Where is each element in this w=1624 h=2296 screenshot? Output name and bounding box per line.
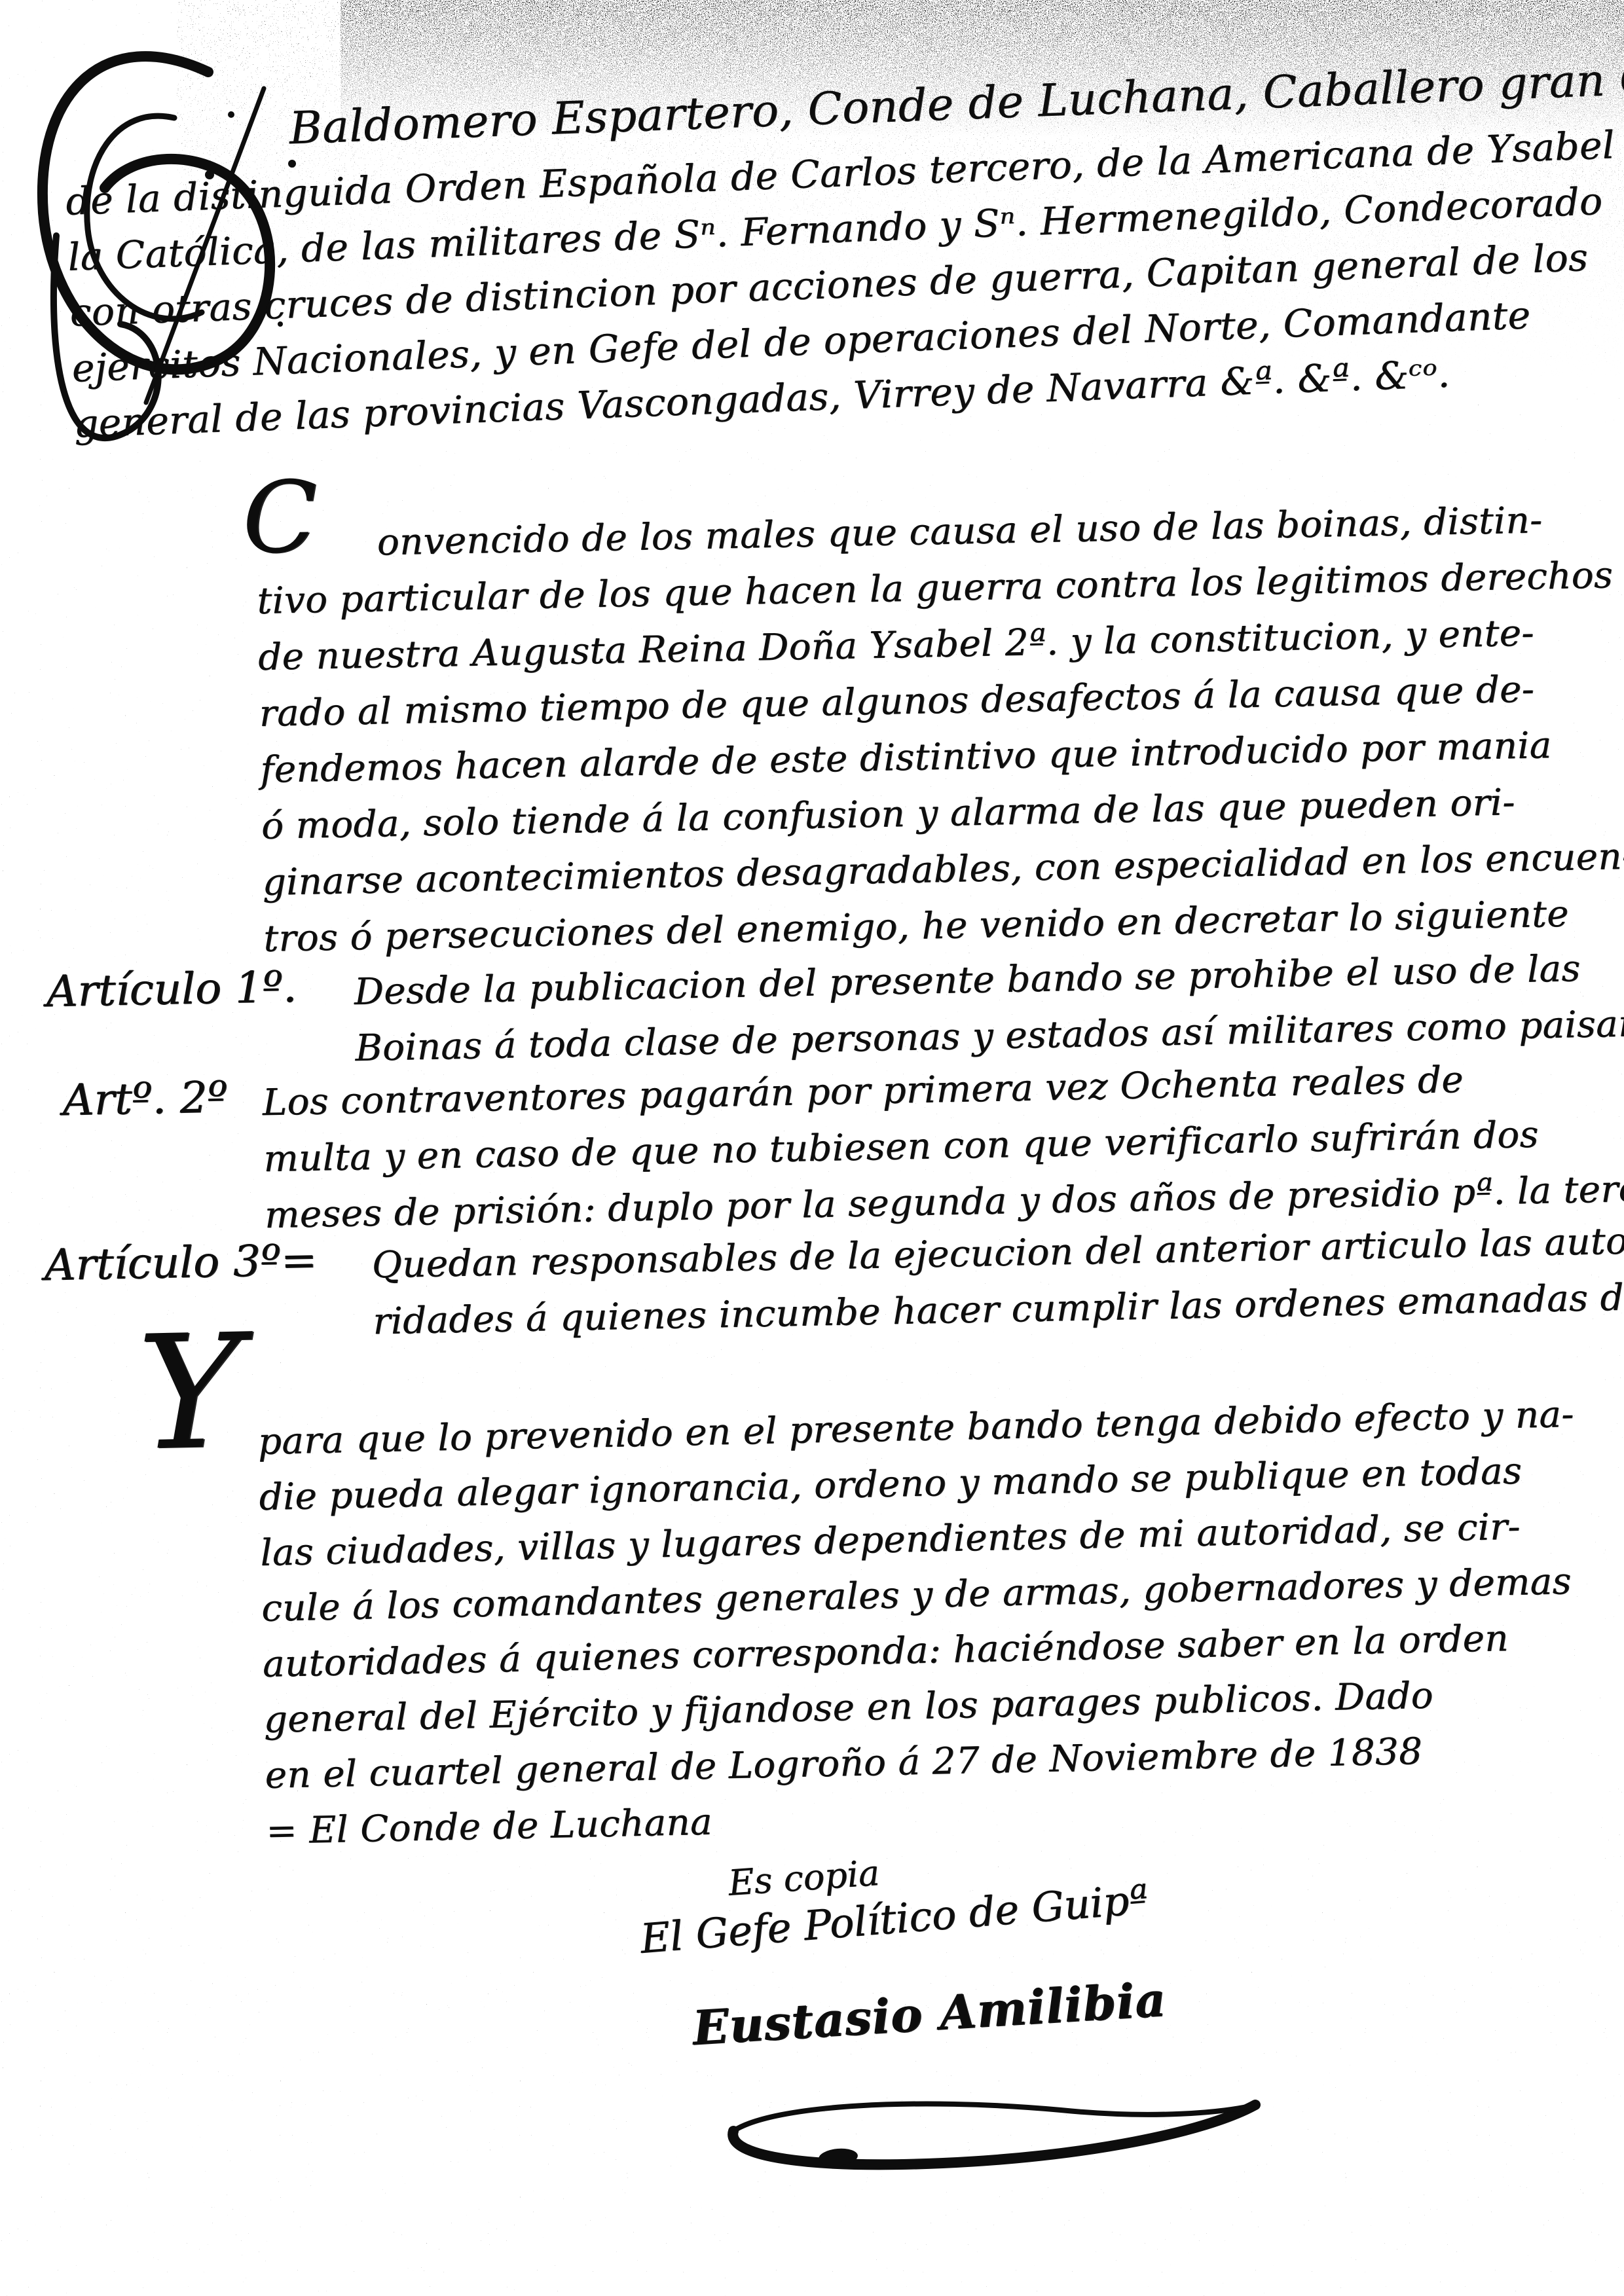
official-title-line: El Gefe Político de Guipª bbox=[638, 1875, 1150, 1963]
drop-cap-y: Y bbox=[136, 1313, 243, 1472]
certification-line: Es copia bbox=[727, 1852, 881, 1904]
article-3-number-label: Artículo 3º= bbox=[44, 1235, 318, 1290]
article-1-number-label: Artículo 1º. bbox=[46, 962, 297, 1017]
preamble-paragraph: C onvencido de los males que causa el us… bbox=[255, 491, 1619, 968]
manuscript-page: Baldomero Espartero, Conde de Luchana, C… bbox=[0, 0, 1624, 2296]
signature-rubric-icon bbox=[717, 2092, 1280, 2190]
promulgation-paragraph: Y para que lo prevenido en el presente b… bbox=[257, 1386, 1615, 1859]
article-2-number-label: Artº. 2º bbox=[62, 1072, 228, 1125]
royal-titles-paragraph: Baldomero Espartero, Conde de Luchana, C… bbox=[62, 48, 1619, 452]
drop-cap-c: C bbox=[242, 468, 319, 568]
signature-name: Eustasio Amilibia bbox=[691, 1971, 1168, 2056]
